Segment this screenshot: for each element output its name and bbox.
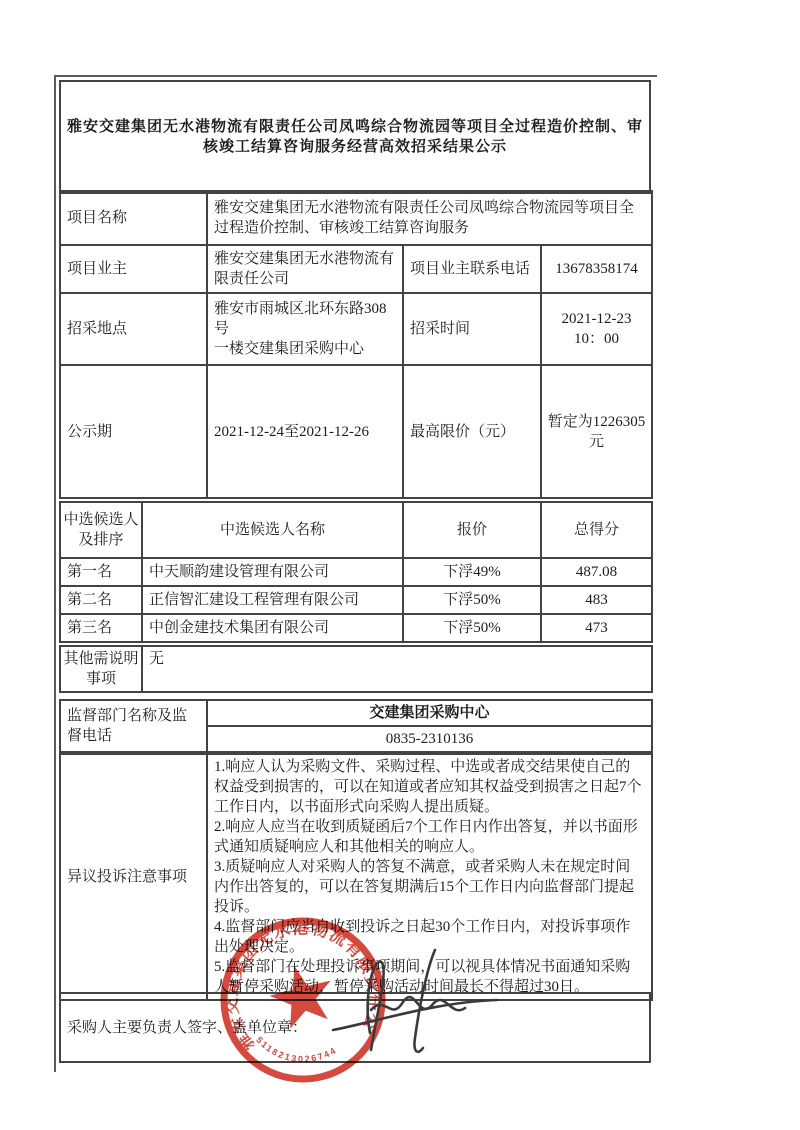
candidate-row: 第三名 中创金建技术集团有限公司 下浮50% 473 xyxy=(60,614,652,642)
info-section: 项目名称 雅安交建集团无水港物流有限责任公司凤鸣综合物流园等项目全过程造价控制、… xyxy=(59,190,653,499)
publicity-label: 公示期 xyxy=(60,365,207,498)
project-name-value: 雅安交建集团无水港物流有限责任公司凤鸣综合物流园等项目全过程造价控制、审核竣工结… xyxy=(207,191,652,245)
objection-item: 1.响应人认为采购文件、采购过程、中选或者成交结果使自己的权益受到损害的，可以在… xyxy=(214,757,645,817)
location-label: 招采地点 xyxy=(60,293,207,365)
supervision-dept: 交建集团采购中心 xyxy=(207,700,652,726)
candidate-rank: 第二名 xyxy=(60,586,142,614)
other-notes-section: 其他需说明事项 无 xyxy=(59,645,653,693)
candidates-name-header: 中选候选人名称 xyxy=(142,502,403,558)
candidates-score-header: 总得分 xyxy=(541,502,652,558)
time-label: 招采时间 xyxy=(403,293,541,365)
signature-section: 采购人主要负责人签字、盖单位章： xyxy=(59,992,651,1063)
candidates-section: 中选候选人及排序 中选候选人名称 报价 总得分 第一名 中天顺韵建设管理有限公司… xyxy=(59,501,653,643)
objection-item: 3.质疑响应人对采购人的答复不满意，或者采购人未在规定时间内作出答复的，可以在答… xyxy=(214,857,645,917)
candidate-score: 483 xyxy=(541,586,652,614)
candidate-price: 下浮50% xyxy=(403,586,541,614)
publicity-value: 2021-12-24至2021-12-26 xyxy=(207,365,403,498)
candidate-rank: 第三名 xyxy=(60,614,142,642)
objection-item: 2.响应人应当在收到质疑函后7个工作日内作出答复，并以书面形式通知质疑响应人和其… xyxy=(214,817,645,857)
document-title: 雅安交建集团无水港物流有限责任公司凤鸣综合物流园等项目全过程造价控制、审核竣工结… xyxy=(60,81,650,193)
candidate-score: 473 xyxy=(541,614,652,642)
signature-label: 采购人主要负责人签字、盖单位章： xyxy=(60,993,650,1062)
other-notes-value: 无 xyxy=(142,646,652,692)
owner-phone-label: 项目业主联系电话 xyxy=(403,245,541,293)
candidate-name: 中创金建技术集团有限公司 xyxy=(142,614,403,642)
supervision-phone: 0835-2310136 xyxy=(207,726,652,752)
objection-section: 异议投诉注意事项 1.响应人认为采购文件、采购过程、中选或者成交结果使自己的权益… xyxy=(59,753,653,1001)
objection-items: 1.响应人认为采购文件、采购过程、中选或者成交结果使自己的权益受到损害的，可以在… xyxy=(207,754,652,1000)
candidate-rank: 第一名 xyxy=(60,558,142,586)
price-value: 暂定为1226305 元 xyxy=(541,365,652,498)
time-value: 2021-12-23 10：00 xyxy=(541,293,652,365)
supervision-section: 监督部门名称及监督电话 交建集团采购中心 0835-2310136 xyxy=(59,699,653,753)
other-notes-label: 其他需说明事项 xyxy=(60,646,142,692)
owner-phone-value: 13678358174 xyxy=(541,245,652,293)
candidates-price-header: 报价 xyxy=(403,502,541,558)
objection-item: 5.监督部门在处理投诉事项期间，可以视具体情况书面通知采购人暂停采购活动，暂停采… xyxy=(214,957,645,997)
candidates-rank-header: 中选候选人及排序 xyxy=(60,502,142,558)
title-section: 雅安交建集团无水港物流有限责任公司凤鸣综合物流园等项目全过程造价控制、审核竣工结… xyxy=(59,80,651,194)
objection-item: 4.监督部门应当自收到投诉之日起30个工作日内，对投诉事项作出处理决定。 xyxy=(214,917,645,957)
supervision-label: 监督部门名称及监督电话 xyxy=(60,700,207,752)
candidate-score: 487.08 xyxy=(541,558,652,586)
candidate-name: 正信智汇建设工程管理有限公司 xyxy=(142,586,403,614)
owner-value: 雅安交建集团无水港物流有 限责任公司 xyxy=(207,245,403,293)
price-label: 最高限价（元） xyxy=(403,365,541,498)
candidate-row: 第一名 中天顺韵建设管理有限公司 下浮49% 487.08 xyxy=(60,558,652,586)
candidate-price: 下浮50% xyxy=(403,614,541,642)
project-name-label: 项目名称 xyxy=(60,191,207,245)
candidate-name: 中天顺韵建设管理有限公司 xyxy=(142,558,403,586)
owner-label: 项目业主 xyxy=(60,245,207,293)
candidate-row: 第二名 正信智汇建设工程管理有限公司 下浮50% 483 xyxy=(60,586,652,614)
location-value: 雅安市雨城区北环东路308号 一楼交建集团采购中心 xyxy=(207,293,403,365)
document-page: 雅安交建集团无水港物流有限责任公司凤鸣综合物流园等项目全过程造价控制、审核竣工结… xyxy=(0,0,800,1130)
candidate-price: 下浮49% xyxy=(403,558,541,586)
objection-label: 异议投诉注意事项 xyxy=(60,754,207,1000)
